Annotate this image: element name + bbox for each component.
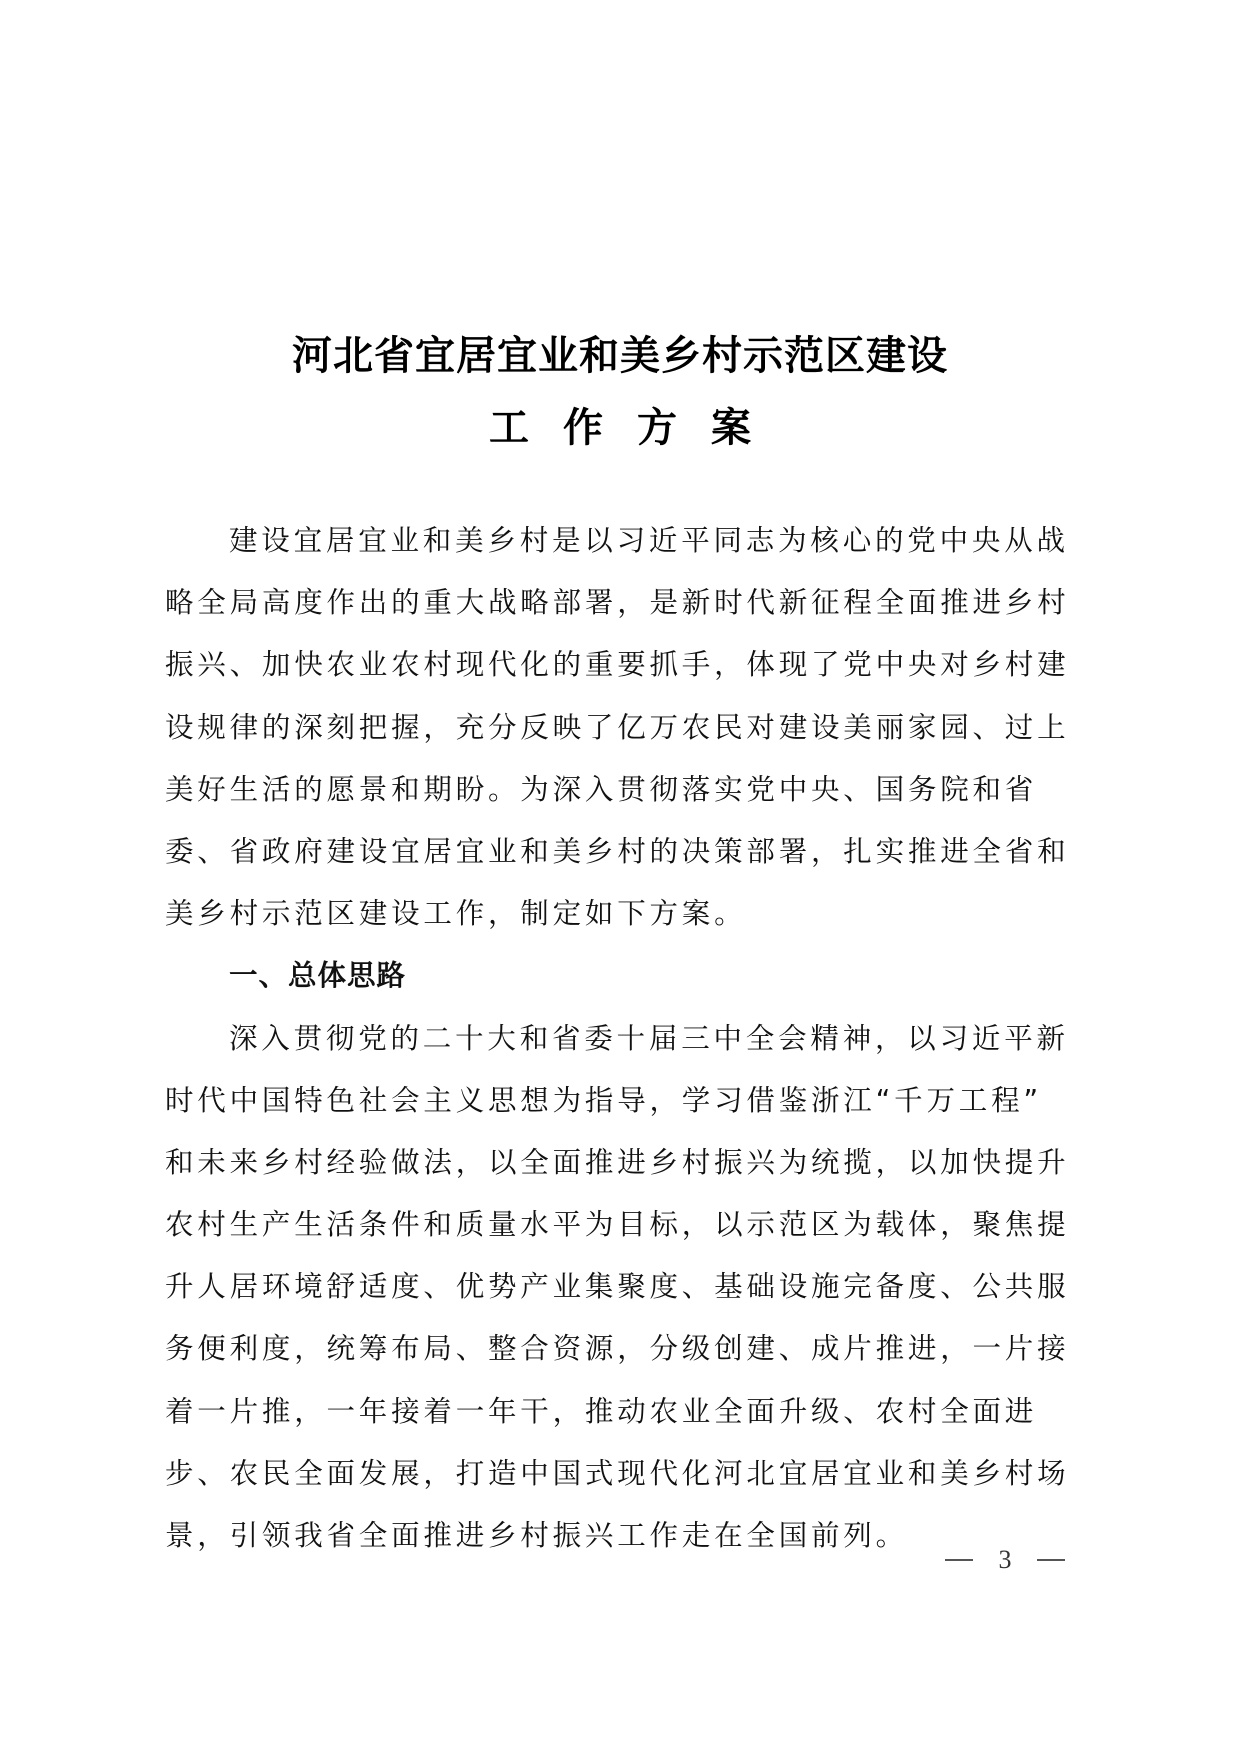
section-line: 升人居环境舒适度、优势产业集聚度、基础设施完备度、公共服 (165, 1256, 1077, 1318)
page-number-footer: 3 (945, 1545, 1065, 1575)
section-line: 步、农民全面发展，打造中国式现代化河北宜居宜业和美乡村场 (165, 1443, 1077, 1505)
section-line: 务便利度，统筹布局、整合资源，分级创建、成片推进，一片接 (165, 1318, 1077, 1380)
intro-line: 略全局高度作出的重大战略部署，是新时代新征程全面推进乡村 (165, 572, 1077, 634)
document-subtitle: 工作方案 (0, 408, 1240, 448)
section-line: 和未来乡村经验做法，以全面推进乡村振兴为统揽，以加快提升 (165, 1132, 1077, 1194)
dash-right (1037, 1559, 1065, 1561)
document-page: 河北省宜居宜业和美乡村示范区建设 工作方案 建设宜居宜业和美乡村是以习近平同志为… (0, 0, 1240, 1754)
section-line: 时代中国特色社会主义思想为指导，学习借鉴浙江“千万工程” (165, 1070, 1077, 1132)
section-line: 景，引领我省全面推进乡村振兴工作走在全国前列。 (165, 1505, 1077, 1567)
intro-line: 振兴、加快农业农村现代化的重要抓手，体现了党中央对乡村建 (165, 634, 1077, 696)
document-title: 河北省宜居宜业和美乡村示范区建设 (0, 336, 1240, 376)
dash-left (945, 1559, 973, 1561)
intro-line: 美好生活的愿景和期盼。为深入贯彻落实党中央、国务院和省 (165, 759, 1077, 821)
section-heading: 一、总体思路 (165, 945, 1077, 1007)
intro-line: 设规律的深刻把握，充分反映了亿万农民对建设美丽家园、过上 (165, 697, 1077, 759)
section-line: 农村生产生活条件和质量水平为目标，以示范区为载体，聚焦提 (165, 1194, 1077, 1256)
intro-line: 委、省政府建设宜居宜业和美乡村的决策部署，扎实推进全省和 (165, 821, 1077, 883)
document-body: 建设宜居宜业和美乡村是以习近平同志为核心的党中央从战 略全局高度作出的重大战略部… (165, 510, 1077, 1567)
section-line: 深入贯彻党的二十大和省委十届三中全会精神，以习近平新 (165, 1008, 1077, 1070)
page-number: 3 (999, 1545, 1012, 1575)
intro-line: 美乡村示范区建设工作，制定如下方案。 (165, 883, 1077, 945)
intro-line: 建设宜居宜业和美乡村是以习近平同志为核心的党中央从战 (165, 510, 1077, 572)
section-line: 着一片推，一年接着一年干，推动农业全面升级、农村全面进 (165, 1381, 1077, 1443)
